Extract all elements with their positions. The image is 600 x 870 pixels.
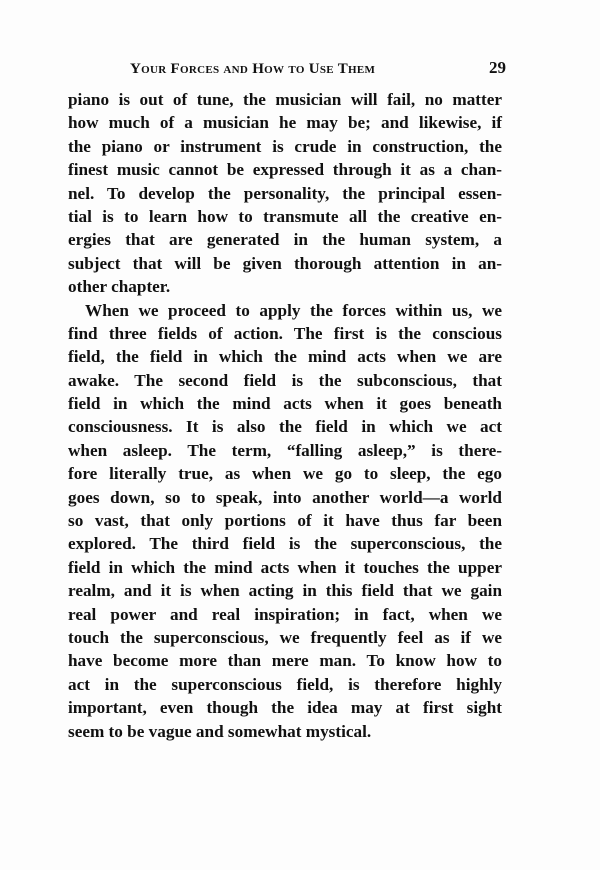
text-line: nel. To develop the personality, the pri… xyxy=(68,182,502,205)
running-head: Your Forces and How to Use Them 29 xyxy=(130,58,506,82)
text-line: other chapter. xyxy=(68,275,502,298)
text-line: explored. The third field is the superco… xyxy=(68,532,502,555)
text-line: field, the field in which the mind acts … xyxy=(68,345,502,368)
text-line: tial is to learn how to transmute all th… xyxy=(68,205,502,228)
text-line: consciousness. It is also the field in w… xyxy=(68,415,502,438)
text-line: field in which the mind acts when it goe… xyxy=(68,392,502,415)
paragraph-1: piano is out of tune, the musician will … xyxy=(68,88,502,299)
text-line: so vast, that only portions of it have t… xyxy=(68,509,502,532)
text-line: ergies that are generated in the human s… xyxy=(68,228,502,251)
text-line: important, even though the idea may at f… xyxy=(68,696,502,719)
text-line: touch the superconscious, we frequently … xyxy=(68,626,502,649)
running-title: Your Forces and How to Use Them xyxy=(130,61,375,78)
body-text: piano is out of tune, the musician will … xyxy=(68,88,502,743)
text-line: real power and real inspiration; in fact… xyxy=(68,603,502,626)
text-line: act in the superconscious field, is ther… xyxy=(68,673,502,696)
text-line: find three fields of action. The first i… xyxy=(68,322,502,345)
text-line: When we proceed to apply the forces with… xyxy=(68,299,502,322)
text-line: realm, and it is when acting in this fie… xyxy=(68,579,502,602)
text-line: fore literally true, as when we go to sl… xyxy=(68,462,502,485)
text-line: goes down, so to speak, into another wor… xyxy=(68,486,502,509)
text-line: piano is out of tune, the musician will … xyxy=(68,88,502,111)
text-line: seem to be vague and somewhat mystical. xyxy=(68,720,502,743)
text-line: have become more than mere man. To know … xyxy=(68,649,502,672)
text-line: finest music cannot be expressed through… xyxy=(68,158,502,181)
text-line: the piano or instrument is crude in cons… xyxy=(68,135,502,158)
book-page: Your Forces and How to Use Them 29 piano… xyxy=(0,0,600,870)
text-line: how much of a musician he may be; and li… xyxy=(68,111,502,134)
page-number: 29 xyxy=(489,58,506,78)
paragraph-2: When we proceed to apply the forces with… xyxy=(68,299,502,743)
text-line: subject that will be given thorough atte… xyxy=(68,252,502,275)
text-line: when asleep. The term, “falling asleep,”… xyxy=(68,439,502,462)
text-line: field in which the mind acts when it tou… xyxy=(68,556,502,579)
text-line: awake. The second field is the subconsci… xyxy=(68,369,502,392)
